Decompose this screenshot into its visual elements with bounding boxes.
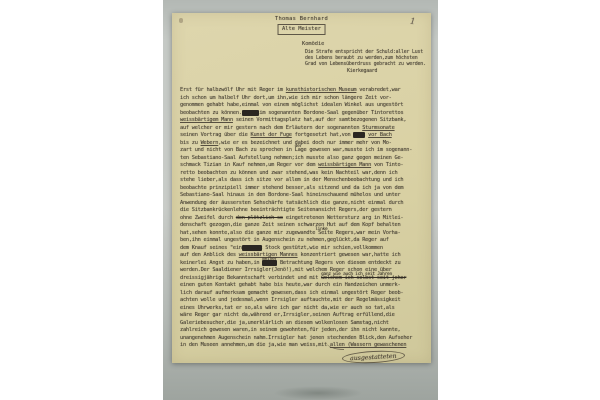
text-segment: genommen gehabt habe,einmal von einem mö… (180, 102, 403, 108)
redaction-mark: xxxxxx (242, 110, 260, 116)
epigraph: Die Strafe entspricht der Schuld:aller L… (305, 49, 426, 74)
typescript-line: ten Sebastiano-Saal Aufstellung nehmen;i… (180, 155, 430, 163)
annotation-text: ausgestatteten (342, 349, 405, 364)
handwritten-annotation: ausgestatteten (342, 343, 405, 363)
text-segment: seinen Vormittagsplatz hat,auf der samtb… (233, 117, 406, 123)
typescript-line: werden.Der Saaldiener Irrsigler(Jenö!),m… (180, 267, 430, 275)
text-segment: Galeriebesucher,die ja,unerklärlich an d… (180, 320, 389, 326)
typescript-line: weissbärtigem Mann seinen Vormittagsplat… (180, 117, 430, 125)
text-segment: beobachte prinzipiell immer stehend bess… (180, 185, 403, 191)
text-segment: ich schon um halbelf Uhr dort,um ihn,wie… (180, 95, 392, 101)
typescript-body: Erst für halbzwölf Uhr mit Reger im kuns… (180, 87, 430, 350)
text-segment: Betrachtung Regers von diesem entdeckt z… (277, 260, 400, 266)
typescript-line: hat,sehen konnte,also die ganze mir zuge… (180, 230, 430, 238)
typescript-line: zart und nicht von Bach zu sprechen in d… (180, 147, 430, 155)
text-segment: eines Uhrwerks,tat er so,als wäre ich ga… (180, 305, 395, 311)
interlinear-insertion: meiner (262, 255, 277, 262)
typescript-line: Sebastiano-Saal hinaus in den Bordone-Sa… (180, 192, 430, 200)
text-segment: auf den Anblick des (180, 252, 239, 258)
interlinear-insertion: der (295, 143, 302, 151)
text-segment: Erst für halbzwölf Uhr mit Reger im (180, 87, 286, 93)
text-segment: bis zu (180, 140, 201, 146)
typescript-line: zahlreich gewesen waren,in seinem gewohn… (180, 327, 430, 335)
text-segment: dreissigjährige Bekanntschaft verbindet … (180, 275, 321, 281)
text-segment: retto beobachten zu können und zwar steh… (180, 170, 398, 176)
text-segment: eingetretenen Wettersturz arg in Mitlei- (283, 215, 404, 221)
text-segment: zart und nicht von Bach zu sprechen in (180, 147, 295, 153)
typescript-line: ohne Zweifel durch den plötzlich so eing… (180, 215, 430, 223)
photograph-background: 1 Thomas Bernhard Alte Meister Komödie D… (163, 0, 438, 400)
typescript-line: auf welcher er mir gestern nach dem Erlä… (180, 125, 430, 133)
text-segment: einen guten Kontakt gehabt habe bis heut… (180, 282, 400, 288)
text-segment: Kunst der Fuge (251, 132, 292, 138)
typescript-line: ben,ihn einmal ungestört in Augenschein … (180, 237, 430, 245)
typescript-line: denschaft gezogen,die ganze Zeit seinen … (180, 222, 430, 230)
text-segment: auf welcher er mir gestern nach dem Erlä… (180, 125, 362, 131)
typescript-line: eines Uhrwerks,tat er so,als wäre ich ga… (180, 305, 430, 313)
text-segment: ben,ihn einmal ungestört in Augenschein … (180, 237, 389, 243)
typescript-line: bis zu Webern,wie er es bezeichnet und d… (180, 140, 430, 148)
text-segment: von Tinto- (371, 162, 403, 168)
typescript-line: schmack Tizian in Kauf nehmen,um Reger v… (180, 162, 430, 170)
text-segment: seinen Vortrag über die (180, 132, 251, 138)
typescript-line: die Sitzbankrückenlehne beeinträchtigte … (180, 207, 430, 215)
text-segment: im sogenannten Bordone-Saal gegenüber Ti… (259, 110, 403, 116)
typescript-line: achten wolle und jedesmal,wenn Irrsigler… (180, 297, 430, 305)
text-segment: wäre Reger gar nicht da,während er,Irrsi… (180, 312, 395, 318)
text-segment: denschaft gezogen,die ganze Zeit seinen … (180, 222, 400, 228)
epigraph-attribution: Kierkegaard (347, 68, 426, 74)
typescript-line: beobachten zu können.xxxxxxim sogenannte… (180, 110, 430, 118)
title: Alte Meister (282, 26, 321, 32)
text-segment: beobachten zu können. (180, 110, 242, 116)
typescript-line: einen guten Kontakt gehabt habe bis heut… (180, 282, 430, 290)
text-segment: zahlreich gewesen waren,in seinem gewohn… (180, 327, 400, 333)
typescript-line: Anwendung der äussersten Sehschärfe tats… (180, 200, 430, 208)
interlinear-insertion: ganz wie auch ich seit Jahren (321, 270, 392, 278)
typescript-line: dreissigjährige Bekanntschaft verbindet … (180, 275, 430, 283)
typescript-line: ich schon um halbelf Uhr dort,um ihn,wie… (180, 95, 430, 103)
typescript-line: wäre Reger gar nicht da,während er,Irrsi… (180, 312, 430, 320)
epigraph-lines: Die Strafe entspricht der Schuld:aller L… (305, 49, 426, 68)
text-segment: den plötzlich so (236, 215, 283, 221)
typescript-line: unangenehmen Augenschein nahm.Irrsigler … (180, 335, 430, 343)
text-segment: Webern (201, 140, 219, 146)
text-segment: konzentriert gewesen war,hatte ich (298, 252, 401, 258)
typescript-line: dem Knauf seines "einxxxxxxx Stock gestü… (180, 245, 430, 253)
author-name: Thomas Bernhard (172, 16, 431, 22)
text-segment: unangenehmen Augenschein nahm.Irrsigler … (180, 335, 412, 341)
typescript-line: genommen gehabt habe,einmal von einem mö… (180, 102, 430, 110)
epigraph-line: Grad von Lebensüberdruss gebracht zu wer… (305, 61, 426, 67)
redaction-mark: xxxxxxx (242, 245, 263, 251)
text-segment: dem Knauf seines "ein (180, 245, 242, 251)
interlinear-insertion: linke (315, 225, 327, 233)
text-segment: die Sitzbankrückenlehne beeinträchtigte … (180, 207, 392, 213)
typescript-line: auf den Anblick des weissbärtigen Mannes… (180, 252, 430, 260)
typescript-line: beobachte prinzipiell immer stehend bess… (180, 185, 430, 193)
text-segment: kunsthistorischen Museum (286, 87, 357, 93)
text-segment: keinerlei Angst zu haben,in (180, 260, 262, 266)
text-segment: Anwendung der äussersten Sehschärfe tats… (180, 200, 403, 206)
text-segment: weissbärtigem Mann (180, 117, 233, 123)
text-segment: schmack Tizian in Kauf nehmen,um Reger v… (180, 162, 318, 168)
text-segment: lich darauf aufmerksam gemacht gewesen,d… (180, 290, 403, 296)
text-segment: ten Sebastiano-Saal Aufstellung nehmen;i… (180, 155, 403, 161)
typescript-page: 1 Thomas Bernhard Alte Meister Komödie D… (172, 13, 431, 363)
manuscript-photo-screenshot: 1 Thomas Bernhard Alte Meister Komödie D… (0, 0, 600, 400)
typescript-line: Galeriebesucher,die ja,unerklärlich an d… (180, 320, 430, 328)
text-segment: Lage gewesen war,musste ich im sogenann- (295, 147, 413, 153)
text-segment: Sturmsonate (362, 125, 394, 131)
text-segment: fortgesetzt hat,von (292, 132, 354, 138)
text-segment: ,wie er es bezeichnet und dabei doch nur… (218, 140, 391, 146)
text-segment: in den Museen annehmen,um die ja,wie man… (180, 342, 330, 348)
text-segment: weissbärtigen Mann (318, 162, 371, 168)
text-segment: ohne Zweifel durch (180, 215, 236, 221)
text-segment: Seite Regers,war mein Vorha- (315, 230, 400, 236)
typescript-line: Erst für halbzwölf Uhr mit Reger im kuns… (180, 87, 430, 95)
text-segment: hat,sehen konnte,also die ganze mir zuge… (180, 230, 315, 236)
typescript-line: keinerlei Angst zu haben,in meinerxxxxx … (180, 260, 430, 268)
subtitle: Komödie (302, 41, 324, 47)
text-segment: verabredet,war (356, 87, 400, 93)
title-box: Alte Meister (277, 24, 326, 35)
typescript-line: lich darauf aufmerksam gemacht gewesen,d… (180, 290, 430, 298)
text-segment: Stock gestützt,wie mir schien,vollkommen (262, 245, 383, 251)
typescript-line: stehe lieber,als dass ich sitze vor alle… (180, 177, 430, 185)
redaction-mark: xxxx (353, 132, 365, 138)
text-segment: achten wolle und jedesmal,wenn Irrsigler… (180, 297, 400, 303)
text-segment: Sebastiano-Saal hinaus in den Bordone-Sa… (180, 192, 400, 198)
text-segment: vor Bach (368, 132, 392, 138)
typescript-line: seinen Vortrag über die Kunst der Fuge f… (180, 132, 430, 140)
typescript-line: retto beobachten zu können und zwar steh… (180, 170, 430, 178)
text-segment: stehe lieber,als dass ich sitze vor alle… (180, 177, 403, 183)
